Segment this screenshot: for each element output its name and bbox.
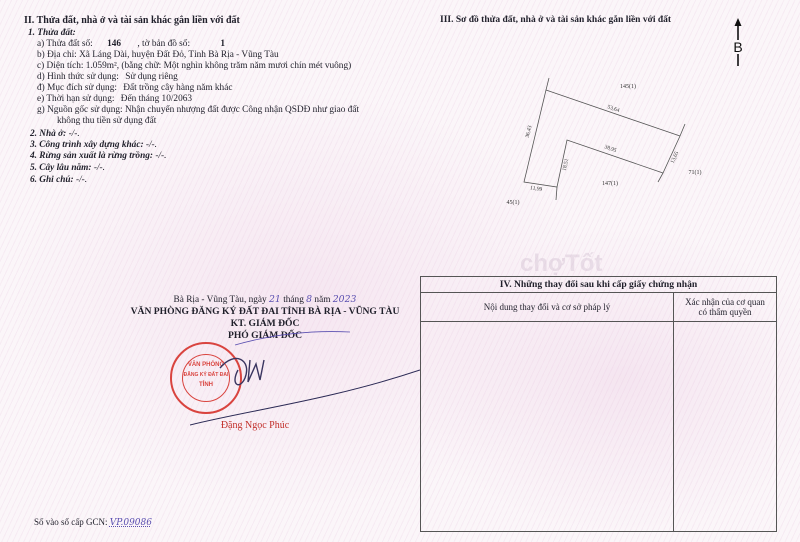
neighbor-south: 147(1) [602, 180, 618, 187]
changes-cell [421, 322, 674, 532]
edge-bottom-length: 11,99 [530, 185, 543, 193]
office-name: VĂN PHÒNG ĐĂNG KÝ ĐẤT ĐAI TỈNH BÀ RỊA - … [130, 306, 400, 318]
address-row: b) Địa chỉ: Xã Láng Dài, huyện Đất Đỏ, T… [37, 50, 279, 61]
forest-row: 4. Rừng sản xuất là rừng trồng: -/-. [30, 151, 166, 162]
column-authority: Xác nhận của cơ quan có thẩm quyền [674, 293, 776, 321]
year-label: năm [314, 295, 330, 305]
note-label: 6. Ghi chú: [30, 175, 74, 185]
edge-inner-top-length: 38,95 [603, 144, 617, 154]
gcn-value: VP.09086 [110, 518, 152, 528]
edge-left-length: 36,43 [525, 125, 534, 139]
note-value: -/-. [76, 175, 87, 185]
edge-top-length: 53,64 [606, 104, 620, 114]
usage-form-value: Sử dụng riêng [125, 72, 178, 82]
note-row: 6. Ghi chú: -/-. [30, 175, 87, 186]
changes-table-header: Nội dung thay đổi và cơ sở pháp lý Xác n… [421, 293, 776, 322]
place-date: Bà Rịa - Vũng Tàu, ngày 21 tháng 8 năm 2… [130, 294, 400, 306]
forest-label: 4. Rừng sản xuất là rừng trồng: [30, 151, 153, 161]
address-label: b) Địa chỉ: [37, 50, 77, 60]
other-construction-label: 3. Công trình xây dựng khác: [30, 140, 144, 150]
area-row: c) Diện tích: 1.059m², (bằng chữ: Một ng… [37, 61, 351, 72]
other-construction-row: 3. Công trình xây dựng khác: -/-. [30, 140, 157, 151]
section-3-title: III. Sơ đồ thửa đất, nhà ở và tài sản kh… [440, 15, 671, 25]
purpose-value: Đất trồng cây hàng năm khác [123, 83, 232, 93]
term-row: e) Thời hạn sử dụng: Đến tháng 10/2063 [37, 94, 192, 105]
north-label: B [733, 39, 742, 55]
edge-inner-left-length: 18,51 [562, 158, 570, 172]
map-sheet-number: 1 [220, 39, 225, 49]
signer-name: Đặng Ngọc Phúc [210, 420, 300, 431]
watermark: chợTốt [520, 250, 602, 278]
term-value: Đến tháng 10/2063 [121, 94, 192, 104]
area-label: c) Diện tích: [37, 61, 83, 71]
origin-row: g) Nguồn gốc sử dụng: Nhận chuyển nhượng… [37, 105, 359, 116]
usage-form-label: d) Hình thức sử dụng: [37, 72, 119, 82]
perennial-label: 5. Cây lâu năm: [30, 163, 91, 173]
signature-scribble-icon [190, 330, 420, 450]
house-label: 2. Nhà ở: [30, 129, 66, 139]
date-year: 2023 [333, 294, 357, 305]
changes-table-body [421, 322, 776, 532]
purpose-label: đ) Mục đích sử dụng: [37, 83, 117, 93]
month-label: tháng [283, 295, 304, 305]
neighbor-east: 71(1) [689, 169, 702, 176]
date-month: 8 [306, 294, 312, 305]
parcel-row: a) Thửa đất số: 146 , tờ bản đồ số: 1 [37, 39, 225, 50]
purpose-row: đ) Mục đích sử dụng: Đất trồng cây hàng … [37, 83, 232, 94]
parcel-diagram: 53,64 36,43 13,65 38,95 18,51 11,99 145(… [480, 70, 720, 210]
signer-title-1: KT. GIÁM ĐỐC [130, 318, 400, 330]
other-construction-value: -/-. [146, 140, 157, 150]
house-value: -/-. [69, 129, 80, 139]
north-arrow-icon: B [731, 18, 745, 68]
origin-value-line1: Nhận chuyển nhượng đất được Công nhận QS… [125, 105, 359, 115]
column-changes: Nội dung thay đổi và cơ sở pháp lý [421, 293, 674, 321]
address-value: Xã Láng Dài, huyện Đất Đỏ, Tỉnh Bà Rịa -… [79, 50, 279, 60]
section-2-title: II. Thửa đất, nhà ở và tài sản khác gắn … [24, 15, 240, 26]
perennial-value: -/-. [94, 163, 105, 173]
usage-form-row: d) Hình thức sử dụng: Sử dụng riêng [37, 72, 178, 83]
section-4-title: IV. Những thay đổi sau khi cấp giấy chứn… [421, 277, 776, 293]
column-authority-line1: Xác nhận của cơ quan [685, 297, 765, 308]
authority-cell [674, 322, 776, 532]
date-day: 21 [269, 294, 281, 305]
perennial-row: 5. Cây lâu năm: -/-. [30, 163, 105, 174]
edge-right-length: 13,65 [670, 150, 681, 164]
neighbor-north: 145(1) [620, 83, 636, 90]
changes-table: IV. Những thay đổi sau khi cấp giấy chứn… [420, 276, 777, 532]
neighbor-southwest: 45(1) [507, 199, 520, 206]
parcel-number: 146 [107, 39, 121, 49]
parcel-label: a) Thửa đất số: [37, 39, 93, 49]
gcn-label: Số vào sổ cấp GCN: [34, 517, 108, 527]
origin-label: g) Nguồn gốc sử dụng: [37, 105, 123, 115]
forest-value: -/-. [155, 151, 166, 161]
term-label: e) Thời hạn sử dụng: [37, 94, 114, 104]
origin-value-line2: không thu tiền sử dụng đất [57, 116, 156, 127]
land-heading: 1. Thửa đất: [28, 28, 76, 39]
house-row: 2. Nhà ở: -/-. [30, 129, 80, 140]
place-date-prefix: Bà Rịa - Vũng Tàu, ngày [174, 295, 267, 305]
column-authority-line2: có thẩm quyền [685, 307, 765, 318]
area-value: 1.059m², (bằng chữ: Một nghìn không trăm… [86, 61, 351, 71]
map-sheet-label: , tờ bản đồ số: [137, 39, 190, 49]
gcn-registry: Số vào sổ cấp GCN: VP.09086 [34, 517, 152, 528]
